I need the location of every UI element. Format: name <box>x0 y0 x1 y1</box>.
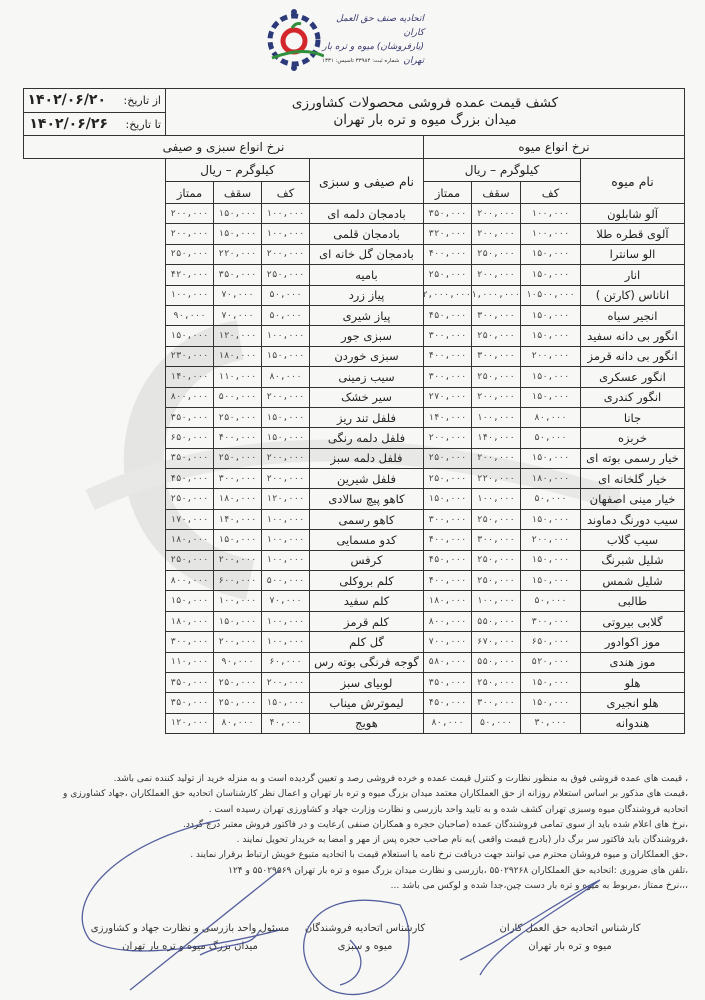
fruit-min-price-cell: ۱۵۰,۰۰۰ <box>521 509 581 529</box>
fruit-name-cell: انگور کندری <box>581 387 685 407</box>
signature-subtitle: میوه و تره بار تهران <box>470 938 670 956</box>
veg-name-cell: سبزی جور <box>310 326 424 346</box>
table-row: اناناس (کارتن )۱۰۵۰۰,۰۰۰۱۱,۰۰۰,۰۰۰۱۲,۰۰۰… <box>24 285 685 305</box>
veg-name-cell: بادمجان دلمه ای <box>310 204 424 224</box>
spacer <box>24 632 166 652</box>
logo-line1: اتحادیه صنف حق العمل کاران <box>320 12 424 40</box>
veg-min-price-cell: ۲۰۰,۰۰۰ <box>262 448 310 468</box>
veg-name-cell: پیاز زرد <box>310 285 424 305</box>
fruit-premium-price-cell: ۴۰۰,۰۰۰ <box>424 346 472 366</box>
spacer <box>24 204 166 224</box>
to-date-label: تا تاریخ: <box>125 118 161 131</box>
veg-max-price-cell: ۳۵۰,۰۰۰ <box>214 265 262 285</box>
veg-max-price-cell: ۱۱۰,۰۰۰ <box>214 367 262 387</box>
table-row: خیار رسمی بوته ای۱۵۰,۰۰۰۲۰۰,۰۰۰۲۵۰,۰۰۰فل… <box>24 448 685 468</box>
fruit-min-price-cell: ۱۵۰,۰۰۰ <box>521 550 581 570</box>
fruit-premium-price-cell: ۳۰۰,۰۰۰ <box>424 509 472 529</box>
veg-name-cell: فلفل دلمه سبز <box>310 448 424 468</box>
table-row: انار۱۵۰,۰۰۰۲۰۰,۰۰۰۲۵۰,۰۰۰بامیه۲۵۰,۰۰۰۳۵۰… <box>24 265 685 285</box>
fruit-max-price-cell: ۵۵۰,۰۰۰ <box>472 652 521 672</box>
spacer <box>24 591 166 611</box>
fruit-name-cell: هندوانه <box>581 713 685 733</box>
fruit-name-cell: انار <box>581 265 685 285</box>
table-row: انجیر سیاه۱۵۰,۰۰۰۳۰۰,۰۰۰۴۵۰,۰۰۰پیاز شیری… <box>24 305 685 325</box>
veg-premium-price-cell: ۴۲۰,۰۰۰ <box>166 265 214 285</box>
veg-min-price-cell: ۱۰۰,۰۰۰ <box>262 530 310 550</box>
veg-premium-price-cell: ۲۰۰,۰۰۰ <box>166 224 214 244</box>
fruit-name-cell: آلو شابلون <box>581 204 685 224</box>
fruit-section-title: نرخ انواع میوه <box>424 136 685 159</box>
fruit-premium-price-cell: ۳۰۰,۰۰۰ <box>424 326 472 346</box>
veg-premium-price-cell: ۱۷۰,۰۰۰ <box>166 509 214 529</box>
fruit-premium-price-cell: ۲۷۰,۰۰۰ <box>424 387 472 407</box>
fruit-name-cell: انجیر سیاه <box>581 305 685 325</box>
spacer <box>24 509 166 529</box>
veg-name-cell: کلم قرمز <box>310 611 424 631</box>
fruit-min-price-cell: ۵۰,۰۰۰ <box>521 428 581 448</box>
veg-name-cell: پیاز شیری <box>310 305 424 325</box>
veg-premium-price-cell: ۱۱۰,۰۰۰ <box>166 652 214 672</box>
fruit-max-price-cell: ۱۰۰,۰۰۰ <box>472 489 521 509</box>
fruit-min-price-cell: ۱۵۰,۰۰۰ <box>521 448 581 468</box>
veg-name-cell: لیموترش میناب <box>310 693 424 713</box>
fruit-premium-price-cell: ۵۸۰,۰۰۰ <box>424 652 472 672</box>
fruit-max-price-cell: ۲۵۰,۰۰۰ <box>472 367 521 387</box>
price-rows: آلو شابلون۱۰۰,۰۰۰۲۰۰,۰۰۰۳۵۰,۰۰۰بادمجان د… <box>24 204 685 734</box>
veg-max-price-cell: ۱۸۰,۰۰۰ <box>214 489 262 509</box>
fruit-name-cell: الو سانترا <box>581 244 685 264</box>
fruit-min-price-cell: ۱۸۰,۰۰۰ <box>521 469 581 489</box>
veg-premium-price-cell: ۳۵۰,۰۰۰ <box>166 448 214 468</box>
fruit-premium-price-cell: ۳۵۰,۰۰۰ <box>424 204 472 224</box>
spacer <box>24 550 166 570</box>
table-row: انگور عسکری۱۵۰,۰۰۰۲۵۰,۰۰۰۳۰۰,۰۰۰سیب زمین… <box>24 367 685 387</box>
note-line: ،حق العملکاران و میوه فروشان محترم می تو… <box>26 848 688 863</box>
fruit-max-price-cell: ۲۵۰,۰۰۰ <box>472 672 521 692</box>
fruit-premium-price-cell: ۷۰۰,۰۰۰ <box>424 632 472 652</box>
veg-col-max: سقف <box>214 182 262 204</box>
veg-premium-price-cell: ۱۵۰,۰۰۰ <box>166 326 214 346</box>
table-row: آلوی قطره طلا۱۰۰,۰۰۰۲۰۰,۰۰۰۳۲۰,۰۰۰بادمجا… <box>24 224 685 244</box>
to-date-value: ۱۴۰۲/۰۶/۲۶ <box>29 116 108 132</box>
spacer <box>24 571 166 591</box>
fruit-premium-price-cell: ۴۰۰,۰۰۰ <box>424 571 472 591</box>
veg-min-price-cell: ۲۰۰,۰۰۰ <box>262 387 310 407</box>
fruit-min-price-cell: ۱۵۰,۰۰۰ <box>521 387 581 407</box>
title-line1: کشف قیمت عمده فروشی محصولات کشاورزی <box>166 95 684 112</box>
spacer <box>24 489 166 509</box>
fruit-min-price-cell: ۳۰,۰۰۰ <box>521 713 581 733</box>
fruit-premium-price-cell: ۴۰۰,۰۰۰ <box>424 530 472 550</box>
table-row: خربزه۵۰,۰۰۰۱۴۰,۰۰۰۲۰۰,۰۰۰فلفل دلمه رنگی۱… <box>24 428 685 448</box>
veg-premium-price-cell: ۸۰۰,۰۰۰ <box>166 571 214 591</box>
veg-min-price-cell: ۵۰۰,۰۰۰ <box>262 571 310 591</box>
fruit-premium-price-cell: ۱۴۰,۰۰۰ <box>424 407 472 427</box>
veg-max-price-cell: ۲۲۰,۰۰۰ <box>214 244 262 264</box>
table-row: انگور بی دانه سفید۱۵۰,۰۰۰۲۵۰,۰۰۰۳۰۰,۰۰۰س… <box>24 326 685 346</box>
unit-header-row: نام میوه کیلوگرم – ریال نام صیفی و سبزی … <box>24 159 685 182</box>
veg-name-cell: کاهو پیچ سالادی <box>310 489 424 509</box>
veg-premium-price-cell: ۲۵۰,۰۰۰ <box>166 489 214 509</box>
veg-premium-price-cell: ۱۴۰,۰۰۰ <box>166 367 214 387</box>
veg-name-cell: گل کلم <box>310 632 424 652</box>
veg-min-price-cell: ۱۵۰,۰۰۰ <box>262 428 310 448</box>
veg-name-cell: کدو مسمایی <box>310 530 424 550</box>
fruit-name-cell: موز هندی <box>581 652 685 672</box>
fruit-max-price-cell: ۲۰۰,۰۰۰ <box>472 387 521 407</box>
veg-premium-price-cell: ۱۸۰,۰۰۰ <box>166 530 214 550</box>
veg-max-price-cell: ۲۵۰,۰۰۰ <box>214 448 262 468</box>
veg-min-price-cell: ۵۰,۰۰۰ <box>262 305 310 325</box>
table-row: الو سانترا۱۵۰,۰۰۰۲۵۰,۰۰۰۴۰۰,۰۰۰بادمجان گ… <box>24 244 685 264</box>
signature-title: مسئول واحد بازرسی و نظارت جهاد و کشاورزی <box>80 920 300 938</box>
veg-min-price-cell: ۱۰۰,۰۰۰ <box>262 611 310 631</box>
veg-name-cell: بامیه <box>310 265 424 285</box>
fruit-name-cell: جانا <box>581 407 685 427</box>
fruit-premium-price-cell: ۲۵۰,۰۰۰ <box>424 469 472 489</box>
fruit-min-price-cell: ۵۲۰,۰۰۰ <box>521 652 581 672</box>
note-line: اتحادیه فروشندگان میوه وسبزی تهران کشف ش… <box>26 803 688 818</box>
veg-max-price-cell: ۱۵۰,۰۰۰ <box>214 224 262 244</box>
veg-name-cell: سیر خشک <box>310 387 424 407</box>
fruit-premium-price-cell: ۱۲,۰۰۰,۰۰۰ <box>424 285 472 305</box>
spacer <box>24 367 166 387</box>
fruit-min-price-cell: ۱۵۰,۰۰۰ <box>521 367 581 387</box>
signature-title: کارشناس اتحادیه فروشندگان <box>280 920 450 938</box>
spacer <box>24 326 166 346</box>
veg-premium-price-cell: ۱۵۰,۰۰۰ <box>166 591 214 611</box>
veg-max-price-cell: ۲۰۰,۰۰۰ <box>214 550 262 570</box>
fruit-max-price-cell: ۱۰۰,۰۰۰ <box>472 591 521 611</box>
table-row: موز هندی۵۲۰,۰۰۰۵۵۰,۰۰۰۵۸۰,۰۰۰گوجه فرنگی … <box>24 652 685 672</box>
note-line: ،نرخ های اعلام شده باید از سوی تمامی فرو… <box>26 818 688 833</box>
logo-registration: شماره ثبت: ۳۳۹۸۴ تاسیس: ۱۳۳۱ <box>322 58 399 64</box>
veg-name-cell: سبزی خوردن <box>310 346 424 366</box>
veg-min-price-cell: ۱۵۰,۰۰۰ <box>262 407 310 427</box>
veg-premium-price-cell: ۲۰۰,۰۰۰ <box>166 204 214 224</box>
fruit-max-price-cell: ۲۵۰,۰۰۰ <box>472 571 521 591</box>
fruit-max-price-cell: ۱۰۰,۰۰۰ <box>472 407 521 427</box>
veg-name-cell: گوجه فرنگی بوته رس <box>310 652 424 672</box>
fruit-max-price-cell: ۲۵۰,۰۰۰ <box>472 244 521 264</box>
gear-apple-logo-icon <box>264 6 324 72</box>
veg-name-cell: لوبیای سبز <box>310 672 424 692</box>
fruit-max-price-cell: ۳۰۰,۰۰۰ <box>472 305 521 325</box>
veg-name-cell: کلم بروکلی <box>310 571 424 591</box>
veg-premium-price-cell: ۲۵۰,۰۰۰ <box>166 550 214 570</box>
veg-premium-price-cell: ۳۰۰,۰۰۰ <box>166 632 214 652</box>
fruit-max-price-cell: ۲۵۰,۰۰۰ <box>472 326 521 346</box>
veg-min-price-cell: ۱۰۰,۰۰۰ <box>262 204 310 224</box>
veg-premium-price-cell: ۴۵۰,۰۰۰ <box>166 469 214 489</box>
veg-min-price-cell: ۲۰۰,۰۰۰ <box>262 244 310 264</box>
from-date-cell: از تاریخ: ۱۴۰۲/۰۶/۲۰ <box>24 89 166 113</box>
veg-premium-price-cell: ۱۲۰,۰۰۰ <box>166 713 214 733</box>
veg-premium-price-cell: ۱۸۰,۰۰۰ <box>166 611 214 631</box>
spacer <box>24 693 166 713</box>
spacer <box>24 305 166 325</box>
signature-sellers-expert: کارشناس اتحادیه فروشندگان میوه و سبزی <box>280 920 450 956</box>
fruit-premium-price-cell: ۸۰,۰۰۰ <box>424 713 472 733</box>
spacer <box>24 387 166 407</box>
veg-name-cell: فلفل دلمه رنگی <box>310 428 424 448</box>
veg-max-price-cell: ۲۵۰,۰۰۰ <box>214 407 262 427</box>
fruit-name-cell: آلوی قطره طلا <box>581 224 685 244</box>
spacer <box>24 672 166 692</box>
veg-premium-price-cell: ۲۳۰,۰۰۰ <box>166 346 214 366</box>
veg-min-price-cell: ۸۰,۰۰۰ <box>262 367 310 387</box>
fruit-max-price-cell: ۶۷۰,۰۰۰ <box>472 632 521 652</box>
fruit-min-price-cell: ۸۰,۰۰۰ <box>521 407 581 427</box>
veg-max-price-cell: ۱۵۰,۰۰۰ <box>214 204 262 224</box>
table-row: موز اکوادور۶۵۰,۰۰۰۶۷۰,۰۰۰۷۰۰,۰۰۰گل کلم۱۰… <box>24 632 685 652</box>
fruit-max-price-cell: ۱۴۰,۰۰۰ <box>472 428 521 448</box>
fruit-max-price-cell: ۲۰۰,۰۰۰ <box>472 265 521 285</box>
veg-name-cell: بادمجان قلمی <box>310 224 424 244</box>
fruit-name-cell: سیب دورنگ دماوند <box>581 509 685 529</box>
fruit-name-cell: موز اکوادور <box>581 632 685 652</box>
fruit-name-cell: انگور عسکری <box>581 367 685 387</box>
table-row: انگور کندری۱۵۰,۰۰۰۲۰۰,۰۰۰۲۷۰,۰۰۰سیر خشک۲… <box>24 387 685 407</box>
fruit-max-price-cell: ۵۵۰,۰۰۰ <box>472 611 521 631</box>
fruit-name-cell: شلیل شبرنگ <box>581 550 685 570</box>
table-row: شلیل شبرنگ۱۵۰,۰۰۰۲۵۰,۰۰۰۴۵۰,۰۰۰کرفس۱۰۰,۰… <box>24 550 685 570</box>
table-row: هلو انجیری۱۵۰,۰۰۰۳۰۰,۰۰۰۴۵۰,۰۰۰لیموترش م… <box>24 693 685 713</box>
spacer <box>24 530 166 550</box>
veg-min-price-cell: ۲۰۰,۰۰۰ <box>262 672 310 692</box>
fruit-min-price-cell: ۶۵۰,۰۰۰ <box>521 632 581 652</box>
fruit-max-price-cell: ۲۵۰,۰۰۰ <box>472 509 521 529</box>
fruit-min-price-cell: ۵۰,۰۰۰ <box>521 591 581 611</box>
document-title: کشف قیمت عمده فروشی محصولات کشاورزی میدا… <box>166 89 685 136</box>
veg-premium-price-cell: ۸۰۰,۰۰۰ <box>166 387 214 407</box>
price-table: کشف قیمت عمده فروشی محصولات کشاورزی میدا… <box>23 88 685 734</box>
fruit-name-cell: شلیل شمس <box>581 571 685 591</box>
spacer <box>24 469 166 489</box>
veg-max-price-cell: ۱۴۰,۰۰۰ <box>214 509 262 529</box>
note-line: ،فروشندگان باید فاکتور سر برگ دار (بادرج… <box>26 833 688 848</box>
fruit-max-price-cell: ۲۵۰,۰۰۰ <box>472 550 521 570</box>
veg-max-price-cell: ۹۰,۰۰۰ <box>214 652 262 672</box>
veg-min-price-cell: ۴۰,۰۰۰ <box>262 713 310 733</box>
table-row: خیار گلخانه ای۱۸۰,۰۰۰۲۲۰,۰۰۰۲۵۰,۰۰۰فلفل … <box>24 469 685 489</box>
spacer <box>24 611 166 631</box>
fruit-premium-price-cell: ۴۵۰,۰۰۰ <box>424 693 472 713</box>
fruit-max-price-cell: ۲۲۰,۰۰۰ <box>472 469 521 489</box>
veg-max-price-cell: ۲۵۰,۰۰۰ <box>214 693 262 713</box>
veg-section-title: نرخ انواع سبزی و صیفی <box>24 136 424 159</box>
title-row: کشف قیمت عمده فروشی محصولات کشاورزی میدا… <box>24 89 685 113</box>
veg-premium-price-cell: ۳۵۰,۰۰۰ <box>166 693 214 713</box>
fruit-min-price-cell: ۱۵۰,۰۰۰ <box>521 693 581 713</box>
fruit-premium-price-cell: ۲۵۰,۰۰۰ <box>424 448 472 468</box>
fruit-premium-price-cell: ۴۵۰,۰۰۰ <box>424 305 472 325</box>
fruit-name-cell: خیار گلخانه ای <box>581 469 685 489</box>
table-row: سیب دورنگ دماوند۱۵۰,۰۰۰۲۵۰,۰۰۰۳۰۰,۰۰۰کاه… <box>24 509 685 529</box>
veg-premium-price-cell: ۹۰,۰۰۰ <box>166 305 214 325</box>
fruit-premium-price-cell: ۲۰۰,۰۰۰ <box>424 428 472 448</box>
fruit-min-price-cell: ۵۰,۰۰۰ <box>521 489 581 509</box>
signature-union-expert: کارشناس اتحادیه حق العمل کاران میوه و تر… <box>470 920 670 956</box>
veg-max-price-cell: ۱۰۰,۰۰۰ <box>214 591 262 611</box>
veg-premium-price-cell: ۲۵۰,۰۰۰ <box>166 244 214 264</box>
fruit-col-min: کف <box>521 182 581 204</box>
fruit-max-price-cell: ۲۰۰,۰۰۰ <box>472 204 521 224</box>
union-logo: اتحادیه صنف حق العمل کاران (بارفروشان) م… <box>284 6 424 72</box>
note-line: ،قیمت های مذکور بر اساس استعلام روزانه ا… <box>26 787 688 802</box>
veg-name-cell: کرفس <box>310 550 424 570</box>
fruit-min-price-cell: ۱۵۰,۰۰۰ <box>521 672 581 692</box>
from-date-label: از تاریخ: <box>124 94 161 107</box>
spacer <box>24 224 166 244</box>
fruit-col-max: سقف <box>472 182 521 204</box>
note-line: ، قیمت های عمده فروشی فوق به منظور نظارت… <box>26 772 688 787</box>
veg-name-cell: کاهو رسمی <box>310 509 424 529</box>
veg-name-cell: هویج <box>310 713 424 733</box>
veg-unit-header: کیلوگرم – ریال <box>166 159 310 182</box>
table-row: هندوانه۳۰,۰۰۰۵۰,۰۰۰۸۰,۰۰۰هویج۴۰,۰۰۰۸۰,۰۰… <box>24 713 685 733</box>
fruit-name-cell: گلابی بیروتی <box>581 611 685 631</box>
veg-min-price-cell: ۶۰,۰۰۰ <box>262 652 310 672</box>
spacer <box>24 428 166 448</box>
veg-max-price-cell: ۱۵۰,۰۰۰ <box>214 611 262 631</box>
veg-min-price-cell: ۱۰۰,۰۰۰ <box>262 632 310 652</box>
fruit-min-price-cell: ۱۵۰,۰۰۰ <box>521 305 581 325</box>
fruit-min-price-cell: ۳۰۰,۰۰۰ <box>521 611 581 631</box>
fruit-premium-price-cell: ۱۵۰,۰۰۰ <box>424 489 472 509</box>
veg-premium-price-cell: ۱۰۰,۰۰۰ <box>166 285 214 305</box>
fruit-min-price-cell: ۱۰۰,۰۰۰ <box>521 224 581 244</box>
fruit-name-header: نام میوه <box>581 159 685 204</box>
table-row: خیار مینی اصفهان۵۰,۰۰۰۱۰۰,۰۰۰۱۵۰,۰۰۰کاهو… <box>24 489 685 509</box>
veg-name-cell: بادمجان گل خانه ای <box>310 244 424 264</box>
fruit-name-cell: خربزه <box>581 428 685 448</box>
veg-max-price-cell: ۶۰۰,۰۰۰ <box>214 571 262 591</box>
fruit-unit-header: کیلوگرم – ریال <box>424 159 581 182</box>
notes-section: ، قیمت های عمده فروشی فوق به منظور نظارت… <box>26 772 688 894</box>
table-row: طالبی۵۰,۰۰۰۱۰۰,۰۰۰۱۸۰,۰۰۰کلم سفید۷۰,۰۰۰۱… <box>24 591 685 611</box>
veg-max-price-cell: ۴۰۰,۰۰۰ <box>214 428 262 448</box>
spacer <box>24 265 166 285</box>
veg-name-cell: فلفل شیرین <box>310 469 424 489</box>
spacer <box>24 448 166 468</box>
table-row: گلابی بیروتی۳۰۰,۰۰۰۵۵۰,۰۰۰۸۰۰,۰۰۰کلم قرم… <box>24 611 685 631</box>
fruit-max-price-cell: ۵۰,۰۰۰ <box>472 713 521 733</box>
veg-min-price-cell: ۱۰۰,۰۰۰ <box>262 509 310 529</box>
fruit-premium-price-cell: ۱۸۰,۰۰۰ <box>424 591 472 611</box>
to-date-cell: تا تاریخ: ۱۴۰۲/۰۶/۲۶ <box>24 112 166 136</box>
spacer <box>24 652 166 672</box>
veg-min-price-cell: ۱۵۰,۰۰۰ <box>262 693 310 713</box>
fruit-col-premium: ممتاز <box>424 182 472 204</box>
veg-name-cell: کلم سفید <box>310 591 424 611</box>
fruit-min-price-cell: ۱۵۰,۰۰۰ <box>521 326 581 346</box>
fruit-premium-price-cell: ۳۲۰,۰۰۰ <box>424 224 472 244</box>
veg-name-cell: سیب زمینی <box>310 367 424 387</box>
signature-title: کارشناس اتحادیه حق العمل کاران <box>470 920 670 938</box>
table-row: آلو شابلون۱۰۰,۰۰۰۲۰۰,۰۰۰۳۵۰,۰۰۰بادمجان د… <box>24 204 685 224</box>
veg-name-cell: فلفل تند ریز <box>310 407 424 427</box>
fruit-max-price-cell: ۱۱,۰۰۰,۰۰۰ <box>472 285 521 305</box>
fruit-premium-price-cell: ۸۰۰,۰۰۰ <box>424 611 472 631</box>
veg-min-price-cell: ۱۰۰,۰۰۰ <box>262 326 310 346</box>
fruit-min-price-cell: ۱۰۵۰۰,۰۰۰ <box>521 285 581 305</box>
veg-min-price-cell: ۲۰۰,۰۰۰ <box>262 469 310 489</box>
fruit-premium-price-cell: ۲۵۰,۰۰۰ <box>424 265 472 285</box>
signature-inspection-head: مسئول واحد بازرسی و نظارت جهاد و کشاورزی… <box>80 920 300 956</box>
title-line2: میدان بزرگ میوه و تره بار تهران <box>166 112 684 129</box>
veg-col-premium: ممتاز <box>166 182 214 204</box>
fruit-max-price-cell: ۲۰۰,۰۰۰ <box>472 224 521 244</box>
veg-premium-price-cell: ۶۵۰,۰۰۰ <box>166 428 214 448</box>
veg-max-price-cell: ۷۰,۰۰۰ <box>214 285 262 305</box>
veg-max-price-cell: ۱۸۰,۰۰۰ <box>214 346 262 366</box>
spacer <box>24 244 166 264</box>
spacer <box>24 407 166 427</box>
veg-min-price-cell: ۲۵۰,۰۰۰ <box>262 265 310 285</box>
veg-max-price-cell: ۱۲۰,۰۰۰ <box>214 326 262 346</box>
fruit-max-price-cell: ۳۰۰,۰۰۰ <box>472 693 521 713</box>
veg-min-price-cell: ۷۰,۰۰۰ <box>262 591 310 611</box>
fruit-max-price-cell: ۳۰۰,۰۰۰ <box>472 346 521 366</box>
table-row: جانا۸۰,۰۰۰۱۰۰,۰۰۰۱۴۰,۰۰۰فلفل تند ریز۱۵۰,… <box>24 407 685 427</box>
fruit-name-cell: طالبی <box>581 591 685 611</box>
table-row: سیب گلاب۲۰۰,۰۰۰۳۰۰,۰۰۰۴۰۰,۰۰۰کدو مسمایی۱… <box>24 530 685 550</box>
fruit-max-price-cell: ۳۰۰,۰۰۰ <box>472 530 521 550</box>
table-row: انگور بی دانه قرمز۲۰۰,۰۰۰۳۰۰,۰۰۰۴۰۰,۰۰۰س… <box>24 346 685 366</box>
fruit-name-cell: اناناس (کارتن ) <box>581 285 685 305</box>
fruit-min-price-cell: ۱۵۰,۰۰۰ <box>521 571 581 591</box>
table-row: شلیل شمس۱۵۰,۰۰۰۲۵۰,۰۰۰۴۰۰,۰۰۰کلم بروکلی۵… <box>24 571 685 591</box>
veg-premium-price-cell: ۳۵۰,۰۰۰ <box>166 407 214 427</box>
spacer <box>24 182 166 204</box>
veg-min-price-cell: ۱۲۰,۰۰۰ <box>262 489 310 509</box>
veg-max-price-cell: ۱۵۰,۰۰۰ <box>214 530 262 550</box>
table-row: هلو۱۵۰,۰۰۰۲۵۰,۰۰۰۳۵۰,۰۰۰لوبیای سبز۲۰۰,۰۰… <box>24 672 685 692</box>
fruit-premium-price-cell: ۳۰۰,۰۰۰ <box>424 367 472 387</box>
fruit-min-price-cell: ۱۵۰,۰۰۰ <box>521 265 581 285</box>
veg-col-min: کف <box>262 182 310 204</box>
note-line: ،تلفن های ضروری :اتحادیه حق العملکاران ۵… <box>26 864 688 879</box>
fruit-min-price-cell: ۲۰۰,۰۰۰ <box>521 346 581 366</box>
spacer <box>24 346 166 366</box>
spacer <box>24 285 166 305</box>
fruit-name-cell: خیار مینی اصفهان <box>581 489 685 509</box>
veg-name-header: نام صیفی و سبزی <box>310 159 424 204</box>
fruit-premium-price-cell: ۳۵۰,۰۰۰ <box>424 672 472 692</box>
veg-min-price-cell: ۱۵۰,۰۰۰ <box>262 346 310 366</box>
fruit-name-cell: خیار رسمی بوته ای <box>581 448 685 468</box>
fruit-min-price-cell: ۱۰۰,۰۰۰ <box>521 204 581 224</box>
fruit-name-cell: انگور بی دانه سفید <box>581 326 685 346</box>
fruit-name-cell: انگور بی دانه قرمز <box>581 346 685 366</box>
veg-min-price-cell: ۵۰,۰۰۰ <box>262 285 310 305</box>
fruit-max-price-cell: ۲۰۰,۰۰۰ <box>472 448 521 468</box>
signature-subtitle: میوه و سبزی <box>280 938 450 956</box>
veg-max-price-cell: ۲۰۰,۰۰۰ <box>214 632 262 652</box>
veg-max-price-cell: ۷۰,۰۰۰ <box>214 305 262 325</box>
spacer <box>24 713 166 733</box>
veg-min-price-cell: ۱۰۰,۰۰۰ <box>262 550 310 570</box>
fruit-min-price-cell: ۱۵۰,۰۰۰ <box>521 244 581 264</box>
veg-max-price-cell: ۳۰۰,۰۰۰ <box>214 469 262 489</box>
veg-max-price-cell: ۲۵۰,۰۰۰ <box>214 672 262 692</box>
fruit-name-cell: هلو انجیری <box>581 693 685 713</box>
veg-min-price-cell: ۱۰۰,۰۰۰ <box>262 224 310 244</box>
fruit-premium-price-cell: ۴۰۰,۰۰۰ <box>424 244 472 264</box>
signature-subtitle: میدان بزرگ میوه و تره بار تهران <box>80 938 300 956</box>
veg-premium-price-cell: ۳۵۰,۰۰۰ <box>166 672 214 692</box>
